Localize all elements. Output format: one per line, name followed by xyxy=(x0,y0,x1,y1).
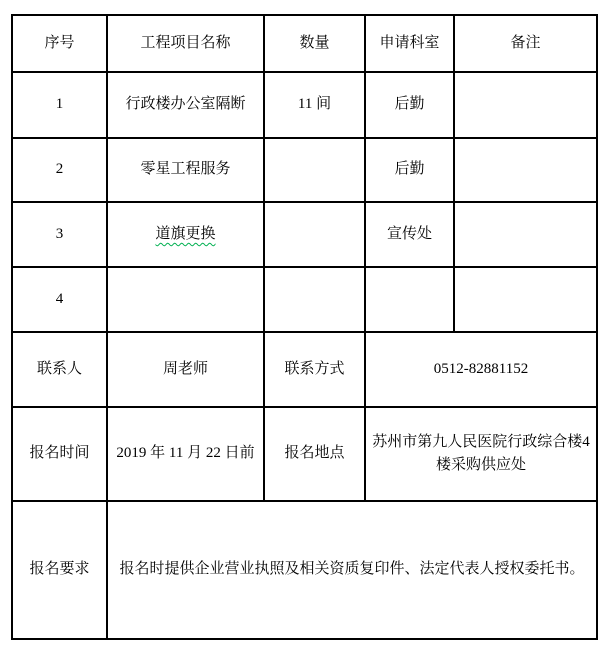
cell-project-name xyxy=(107,267,264,332)
cell-remark xyxy=(454,202,597,267)
cell-serial: 1 xyxy=(12,72,107,138)
signup-time-row: 报名时间 2019 年 11 月 22 日前 报名地点 苏州市第九人民医院行政综… xyxy=(12,407,597,501)
table-row: 2 零星工程服务 后勤 xyxy=(12,138,597,202)
header-remark: 备注 xyxy=(454,15,597,72)
requirement-label: 报名要求 xyxy=(12,501,107,639)
table-row: 3 道旗更换 宣传处 xyxy=(12,202,597,267)
cell-project-name: 零星工程服务 xyxy=(107,138,264,202)
header-department: 申请科室 xyxy=(365,15,454,72)
cell-project-name: 道旗更换 xyxy=(107,202,264,267)
cell-quantity xyxy=(264,202,365,267)
cell-project-name: 行政楼办公室隔断 xyxy=(107,72,264,138)
header-quantity: 数量 xyxy=(264,15,365,72)
cell-department xyxy=(365,267,454,332)
cell-department: 后勤 xyxy=(365,138,454,202)
requirement-row: 报名要求 报名时提供企业营业执照及相关资质复印件、法定代表人授权委托书。 xyxy=(12,501,597,639)
cell-remark xyxy=(454,138,597,202)
cell-serial: 2 xyxy=(12,138,107,202)
contact-label: 联系人 xyxy=(12,332,107,407)
cell-department: 后勤 xyxy=(365,72,454,138)
signup-time-label: 报名时间 xyxy=(12,407,107,501)
cell-serial: 3 xyxy=(12,202,107,267)
signup-time-value: 2019 年 11 月 22 日前 xyxy=(107,407,264,501)
table-row: 4 xyxy=(12,267,597,332)
spellchecked-text: 道旗更换 xyxy=(155,226,215,242)
procurement-notice-table: 序号 工程项目名称 数量 申请科室 备注 1 行政楼办公室隔断 11 间 后勤 … xyxy=(11,14,598,640)
signup-place-value: 苏州市第九人民医院行政综合楼4 楼采购供应处 xyxy=(365,407,597,501)
contact-phone-number: 0512-82881152 xyxy=(365,332,597,407)
cell-department: 宣传处 xyxy=(365,202,454,267)
cell-quantity xyxy=(264,138,365,202)
table-row: 1 行政楼办公室隔断 11 间 后勤 xyxy=(12,72,597,138)
contact-method-label: 联系方式 xyxy=(264,332,365,407)
cell-serial: 4 xyxy=(12,267,107,332)
header-project-name: 工程项目名称 xyxy=(107,15,264,72)
contact-row: 联系人 周老师 联系方式 0512-82881152 xyxy=(12,332,597,407)
requirement-text: 报名时提供企业营业执照及相关资质复印件、法定代表人授权委托书。 xyxy=(107,501,597,639)
contact-name: 周老师 xyxy=(107,332,264,407)
signup-place-label: 报名地点 xyxy=(264,407,365,501)
header-serial: 序号 xyxy=(12,15,107,72)
cell-quantity: 11 间 xyxy=(264,72,365,138)
cell-remark xyxy=(454,267,597,332)
cell-quantity xyxy=(264,267,365,332)
table-header-row: 序号 工程项目名称 数量 申请科室 备注 xyxy=(12,15,597,72)
cell-remark xyxy=(454,72,597,138)
